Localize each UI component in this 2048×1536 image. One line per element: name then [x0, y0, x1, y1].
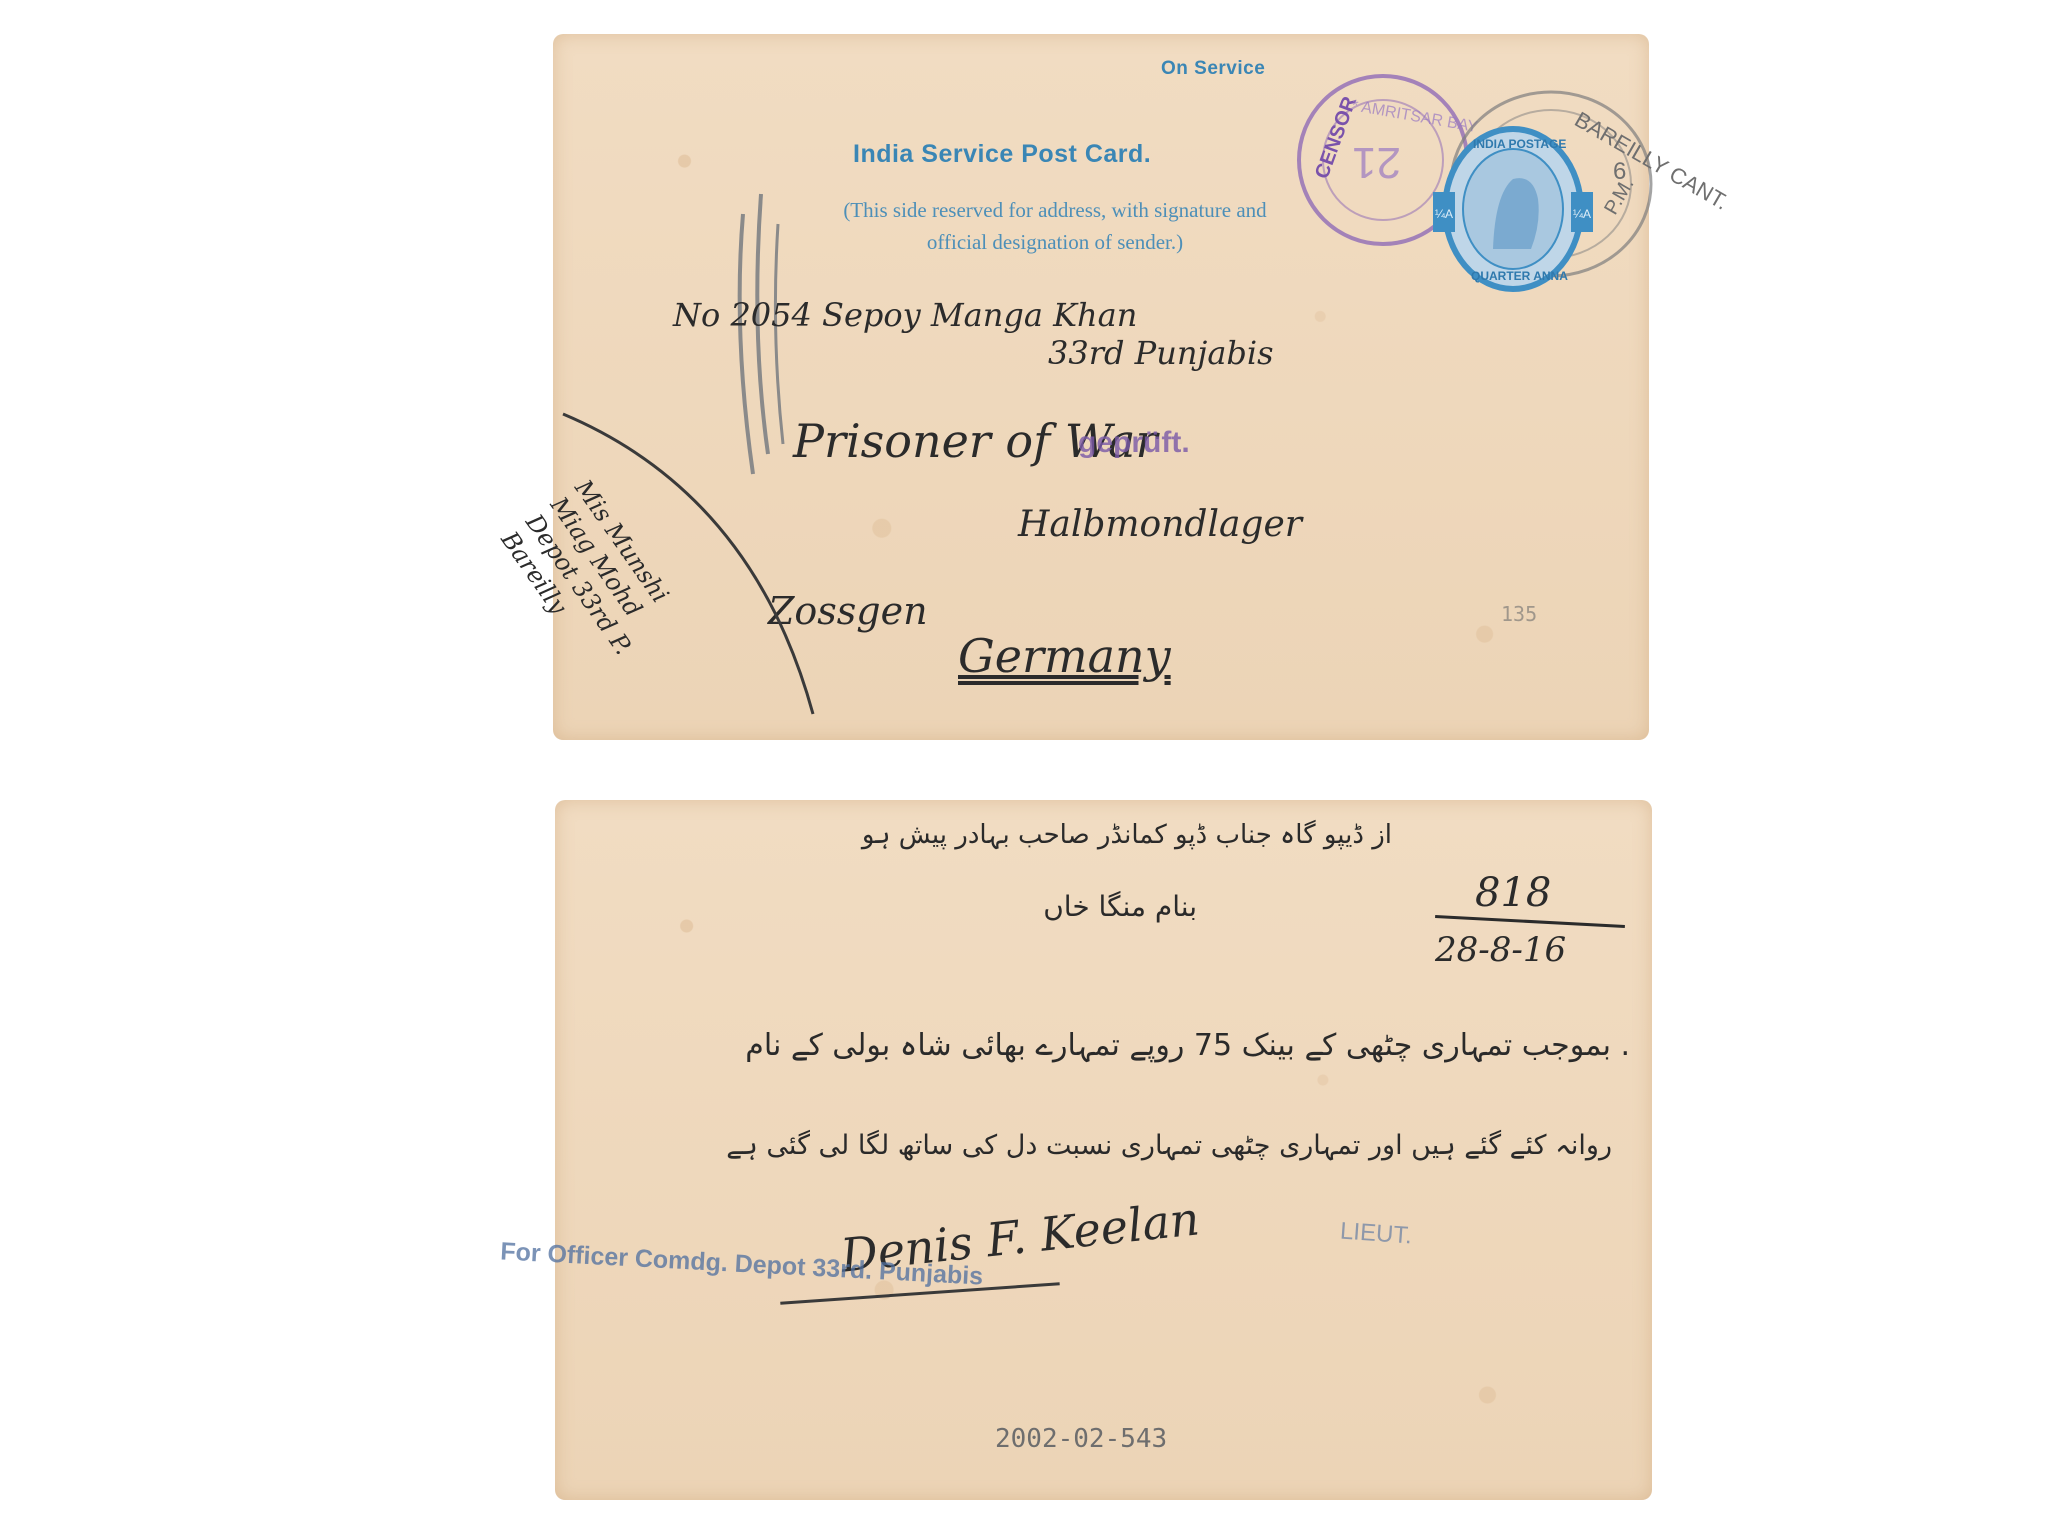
postcard-back: از ڈیپو گاہ جناب ڈپو کمانڈر صاحب بہادر پ…: [555, 800, 1652, 1500]
postcard-front: On Service India Service Post Card. (Thi…: [553, 34, 1649, 740]
urdu-line-4: روانہ کئے گئے ہیں اور تمہاری چٹھی تمہاری…: [726, 1130, 1612, 1161]
address-line-6: Germany: [958, 629, 1171, 683]
reference-divider: [1435, 915, 1625, 928]
rank-stamp: LIEUT.: [1339, 1218, 1413, 1251]
on-service-label: On Service: [1161, 58, 1265, 80]
urdu-line-1: از ڈیپو گاہ جناب ڈپو کمانڈر صاحب بہادر پ…: [862, 820, 1392, 850]
address-line-1: No 2054 Sepoy Manga Khan: [673, 296, 1137, 334]
sender-note: Mis Munshi Miag Mohd Depot 33rd P. Barei…: [553, 404, 833, 744]
svg-text:¼A: ¼A: [1573, 207, 1591, 221]
postcard-title: India Service Post Card.: [853, 140, 1151, 169]
reference-date: 28-8-16: [1435, 930, 1566, 970]
address-line-4: Halbmondlager: [1018, 504, 1302, 545]
urdu-line-2: بنام منگا خاں: [1043, 890, 1197, 923]
gepruft-stamp: geprüft.: [1078, 426, 1190, 460]
svg-text:QUARTER ANNA: QUARTER ANNA: [1471, 269, 1568, 283]
svg-text:P.M.: P.M.: [1600, 174, 1638, 218]
svg-text:BAREILLY CANT.: BAREILLY CANT.: [1571, 107, 1733, 215]
reference-number: 818: [1475, 870, 1551, 916]
instruction-line-2: official designation of sender.): [775, 226, 1335, 258]
address-line-2: 33rd Punjabis: [1048, 334, 1274, 372]
instruction-line-1: (This side reserved for address, with si…: [775, 194, 1335, 226]
svg-text:INDIA POSTAGE: INDIA POSTAGE: [1473, 137, 1566, 151]
postage-stamp: ¼A ¼A INDIA POSTAGE QUARTER ANNA: [1433, 124, 1593, 294]
catalog-number: 2002-02-543: [995, 1424, 1167, 1454]
svg-text:21: 21: [1352, 138, 1401, 187]
urdu-line-3: . بموجب تمہاری چٹھی کے بینک 75 روپے تمہا…: [745, 1028, 1630, 1063]
instruction-text: (This side reserved for address, with si…: [775, 194, 1335, 258]
pencil-note: 135: [1501, 602, 1537, 626]
svg-text:¼A: ¼A: [1435, 207, 1453, 221]
